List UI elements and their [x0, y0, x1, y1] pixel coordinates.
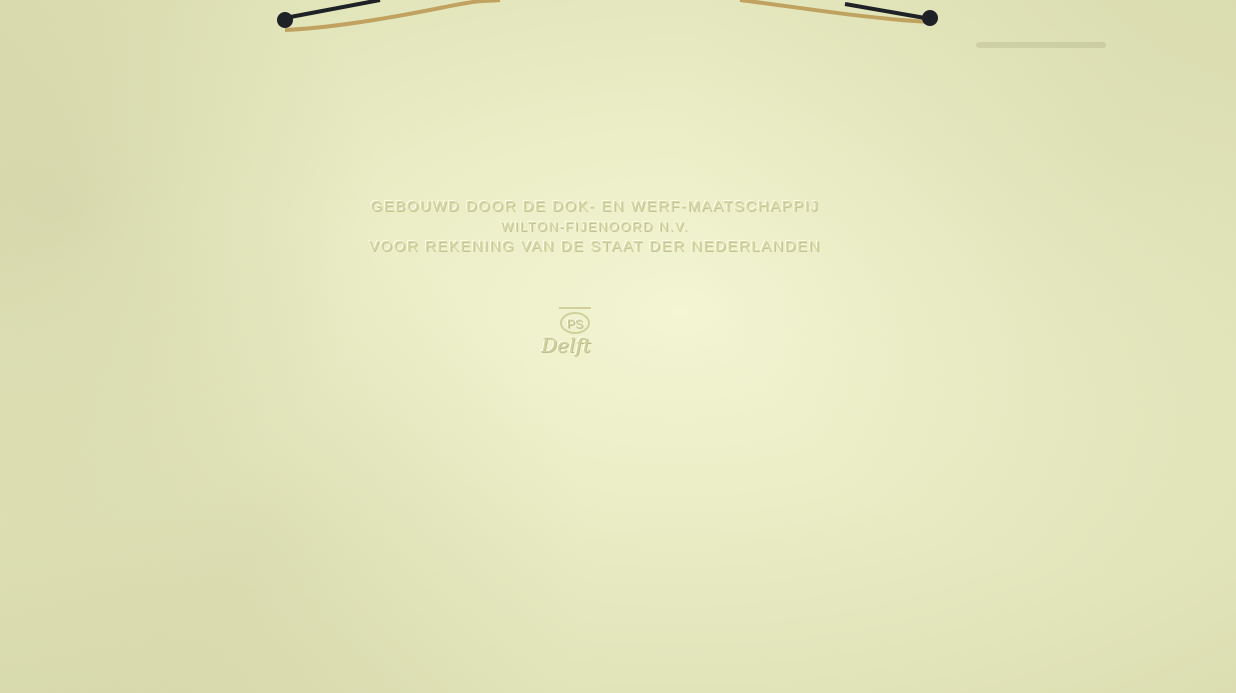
delft-maker-mark: PS Delft — [535, 305, 625, 365]
inscription-line-1: GEBOUWD DOOR DE DOK- EN WERF-MAATSCHAPPI… — [300, 196, 890, 218]
hanging-wire — [0, 0, 1236, 45]
surface-mark — [976, 42, 1106, 48]
maker-mark-script: Delft — [541, 333, 591, 357]
inscription-line-2: WILTON-FIJENOORD N.V. — [300, 218, 890, 236]
svg-text:PS: PS — [567, 317, 583, 331]
inscription-line-3: VOOR REKENING VAN DE STAAT DER NEDERLAND… — [300, 236, 890, 258]
right-wire-hook-icon — [922, 10, 938, 26]
embossed-inscription: GEBOUWD DOOR DE DOK- EN WERF-MAATSCHAPPI… — [300, 196, 890, 258]
left-wire-hook-icon — [277, 12, 293, 28]
